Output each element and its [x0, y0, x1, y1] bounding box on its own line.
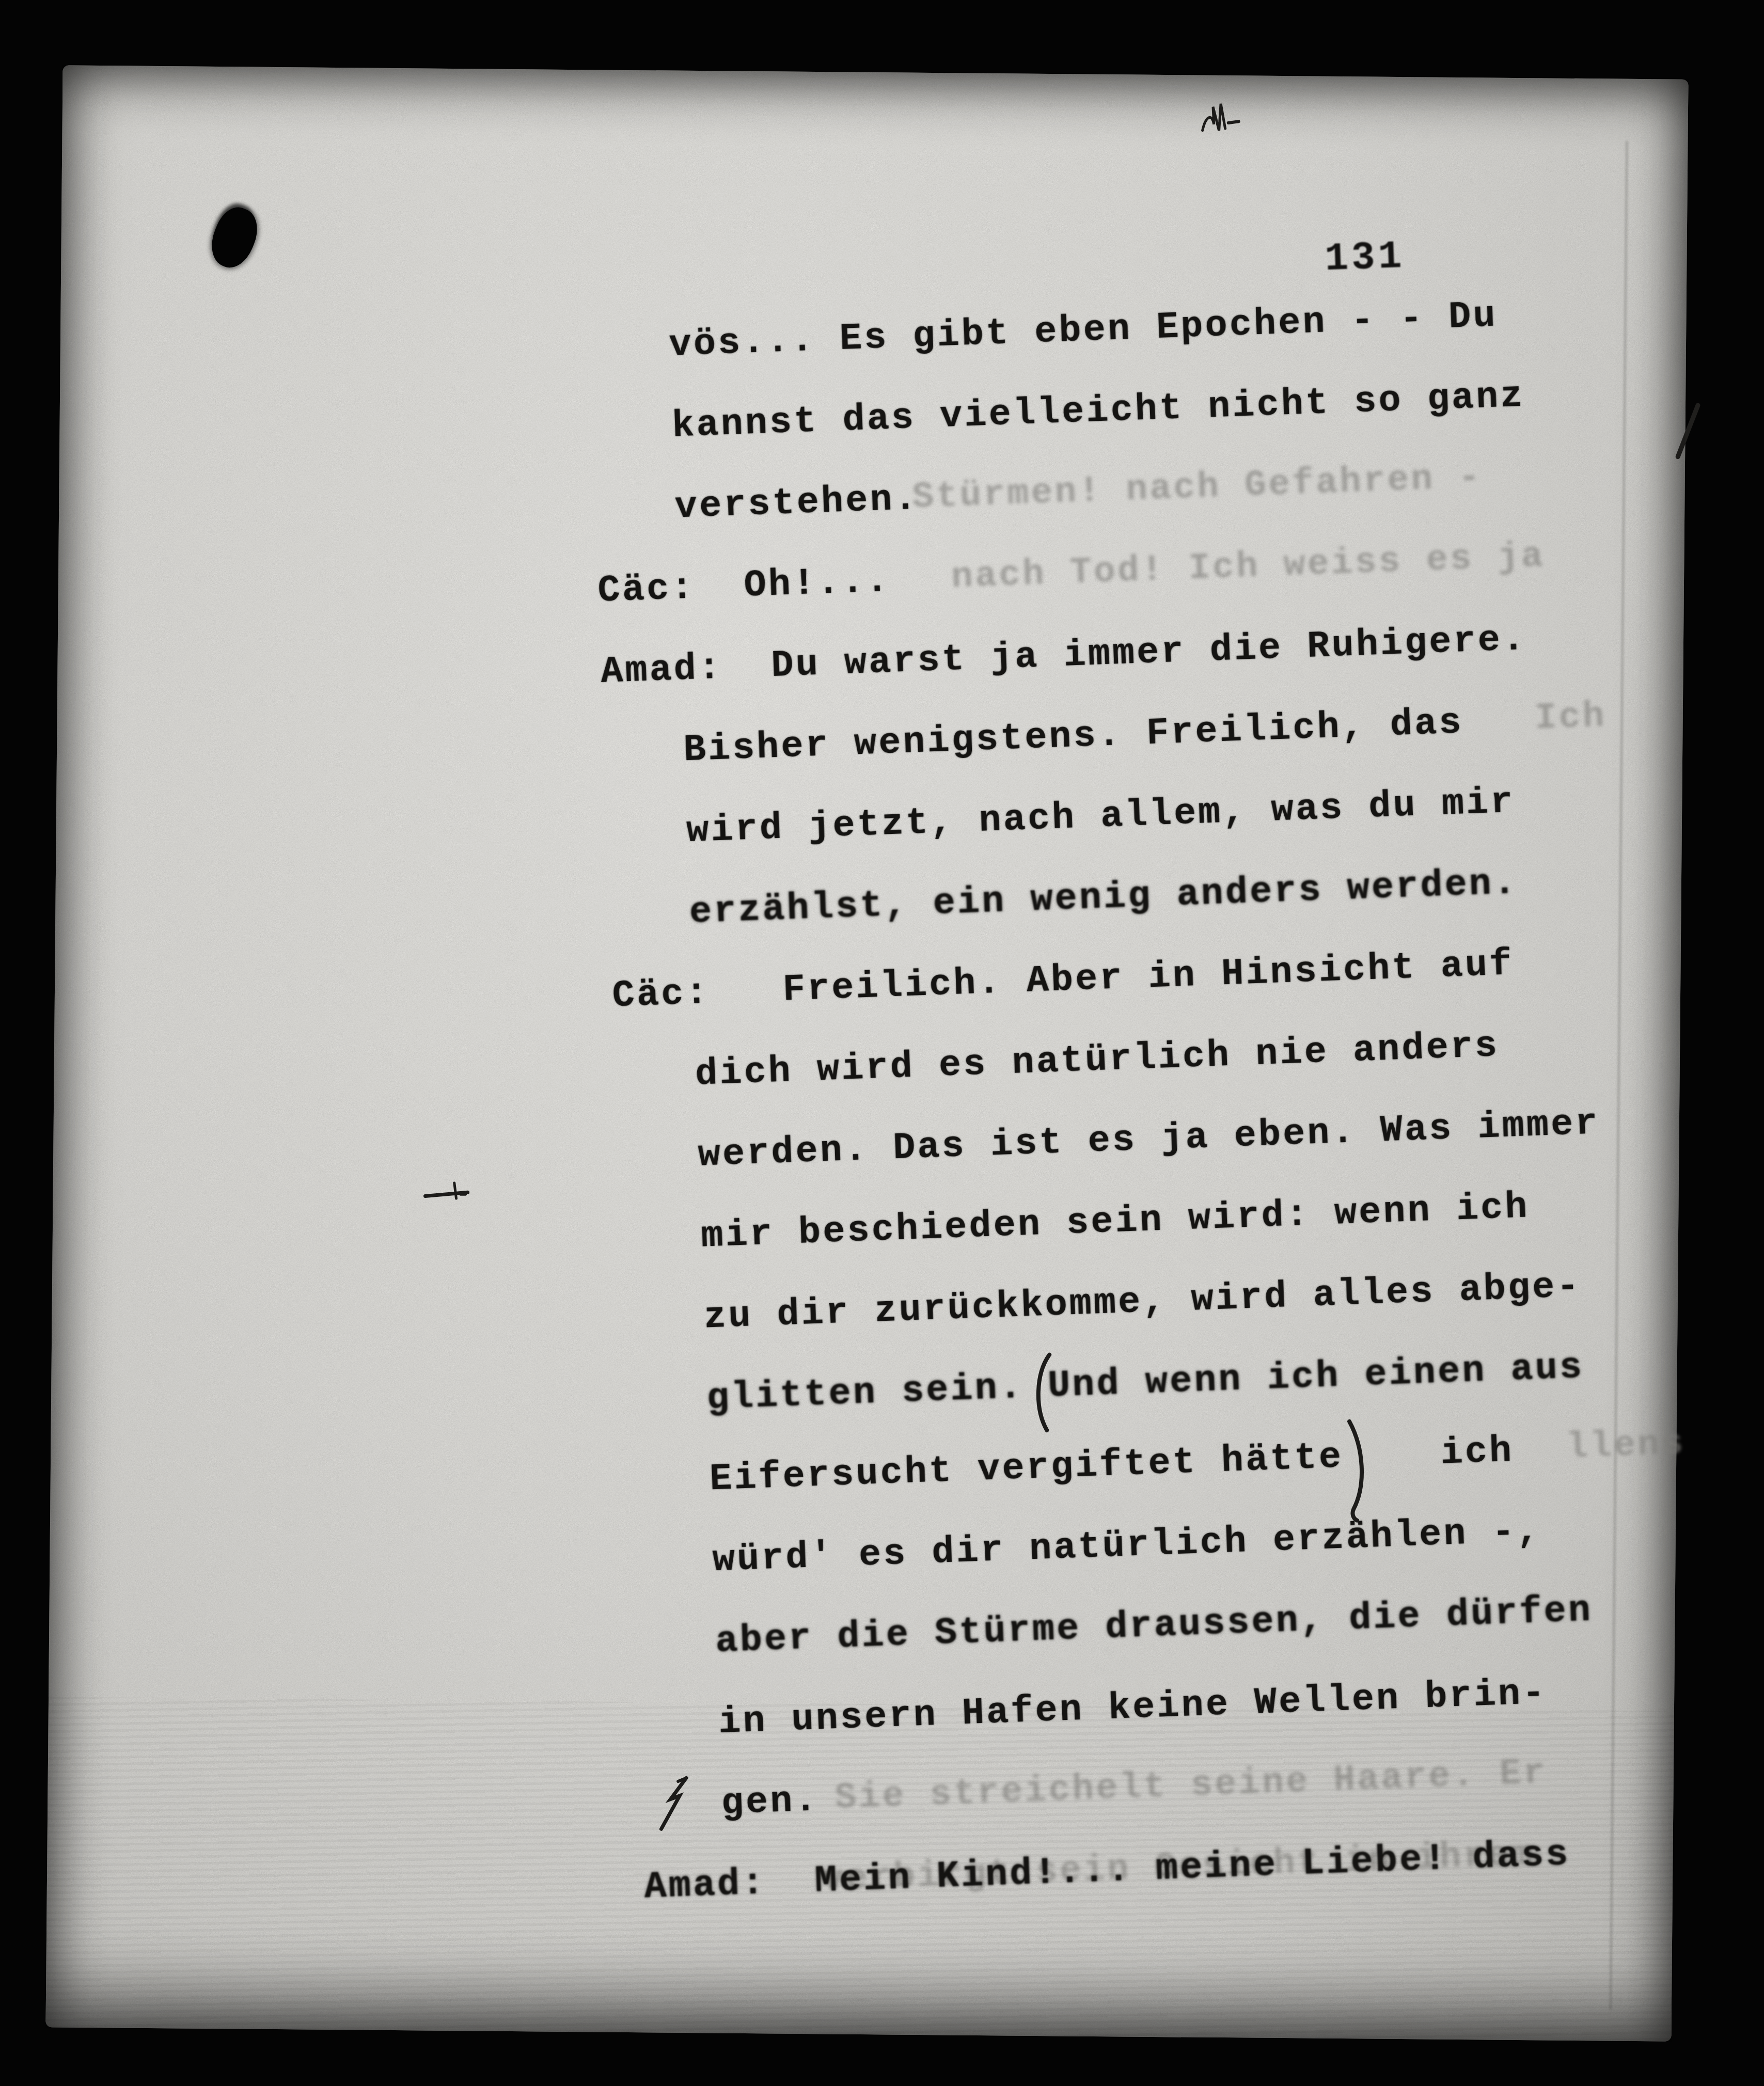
typescript-line: Eifersucht vergiftet hätte ich [709, 1430, 1515, 1501]
typescript-line: aber die Stürme draussen, die dürfen [715, 1589, 1593, 1663]
typescript-line: mir beschieden sein wird: wenn ich [700, 1186, 1530, 1257]
scanner-background: 131 Stürmen! nach Gefahren - nach Tod! I… [0, 0, 1764, 2086]
ghost-text-line: nach Tod! Ich weiss es ja [951, 536, 1546, 598]
ghost-text-line: llens [1566, 1424, 1686, 1468]
typescript-line: würd' es dir natürlich erzählen -, [712, 1510, 1541, 1582]
edge-slash-mark [1671, 402, 1707, 462]
typescript-line: in unsern Hafen keine Wellen brin- [718, 1672, 1548, 1744]
typescript-line: glitten sein. Und wenn ich einen aus [706, 1346, 1584, 1420]
typescript-line-speaker: Cäc: Freilich. Aber in Hinsicht auf [611, 943, 1514, 1017]
manuscript-page: 131 Stürmen! nach Gefahren - nach Tod! I… [45, 65, 1688, 2041]
typescript-line-speaker: Cäc: Oh!... [597, 560, 891, 612]
ghost-text-line: Ich [1534, 696, 1607, 739]
typescript-line: erzählst, ein wenig anders werden. [689, 862, 1519, 934]
typescript-line: werden. Das ist es ja eben. Was immer [697, 1102, 1600, 1176]
typescript-line: vös... Es gibt eben Epochen - - Du [668, 294, 1498, 366]
page-number: 131 [1324, 234, 1406, 281]
ghost-text-line: Stürmen! nach Gefahren - [911, 457, 1483, 518]
typescript-line-speaker: Amad: Du warst ja immer die Ruhigere. [600, 618, 1527, 693]
typescript-line: dich wird es natürlich nie anders [695, 1024, 1500, 1096]
typescript-line: gen. [720, 1779, 820, 1825]
insertion-caret-mark [654, 1774, 698, 1835]
typed-text-block: 131 Stürmen! nach Gefahren - nach Tod! I… [20, 44, 1714, 2063]
typescript-line: zu dir zurückkomme, wird alles abge- [703, 1265, 1582, 1339]
typescript-line: verstehen. [674, 478, 919, 529]
ghost-text-line: Sie streichelt seine Haare. Er [834, 1753, 1548, 1819]
typescript-line: Bisher wenigstens. Freilich, das [683, 701, 1464, 771]
typescript-line: kannst das vielleicht nicht so ganz [671, 375, 1525, 448]
typescript-line-speaker: Amad: Mein Kind!... meine Liebe! dass [643, 1833, 1571, 1908]
typescript-line: wird jetzt, nach allem, was du mir [686, 781, 1516, 852]
